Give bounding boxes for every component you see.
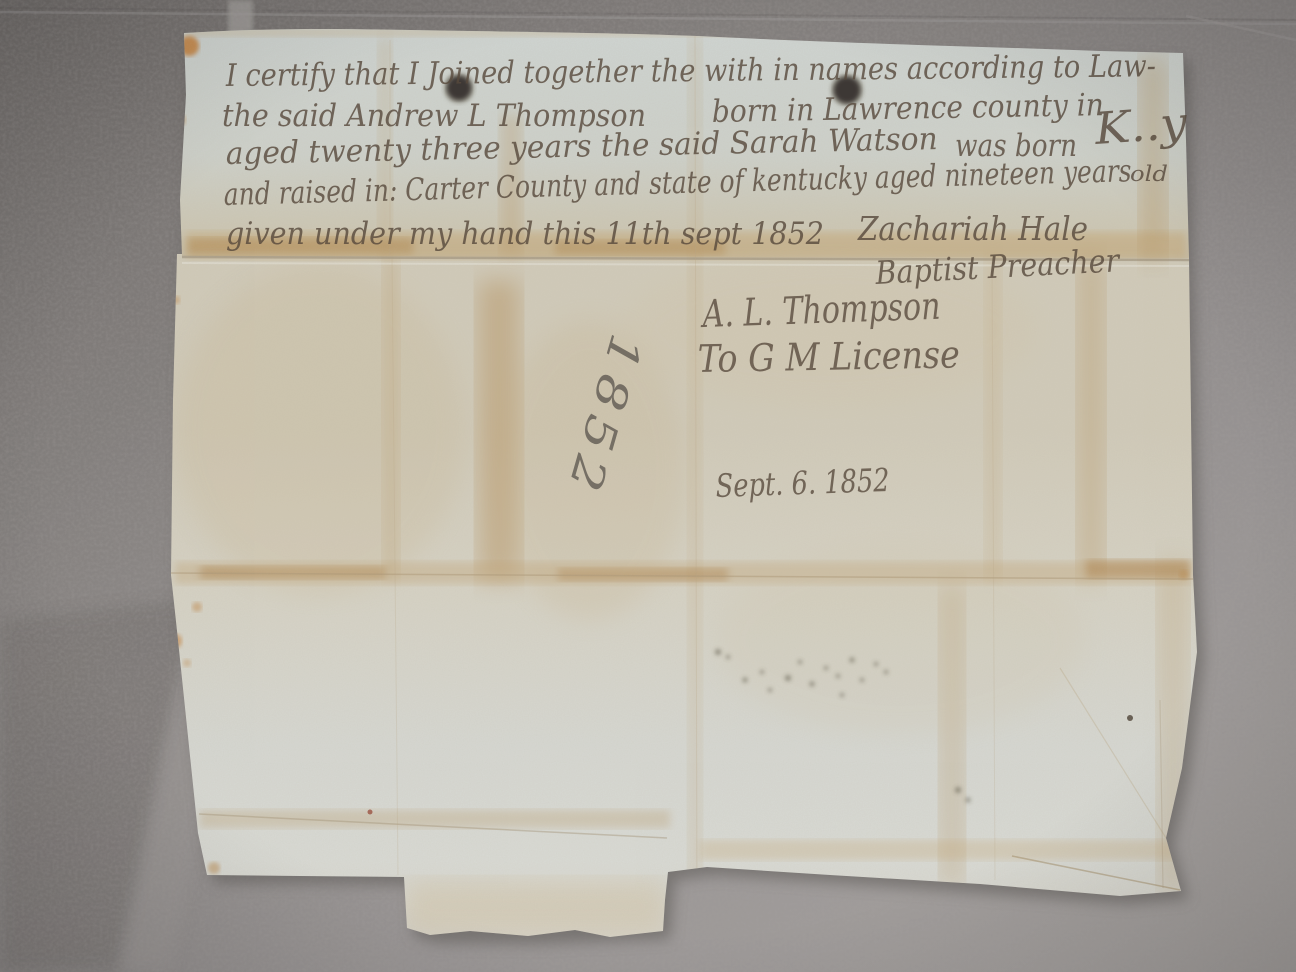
photo-of-historical-document: I certify that I Joined together the wit… [0, 0, 1296, 972]
document-photo-canvas: I certify that I Joined together the wit… [0, 0, 1296, 972]
photo-vignette [0, 0, 1296, 972]
